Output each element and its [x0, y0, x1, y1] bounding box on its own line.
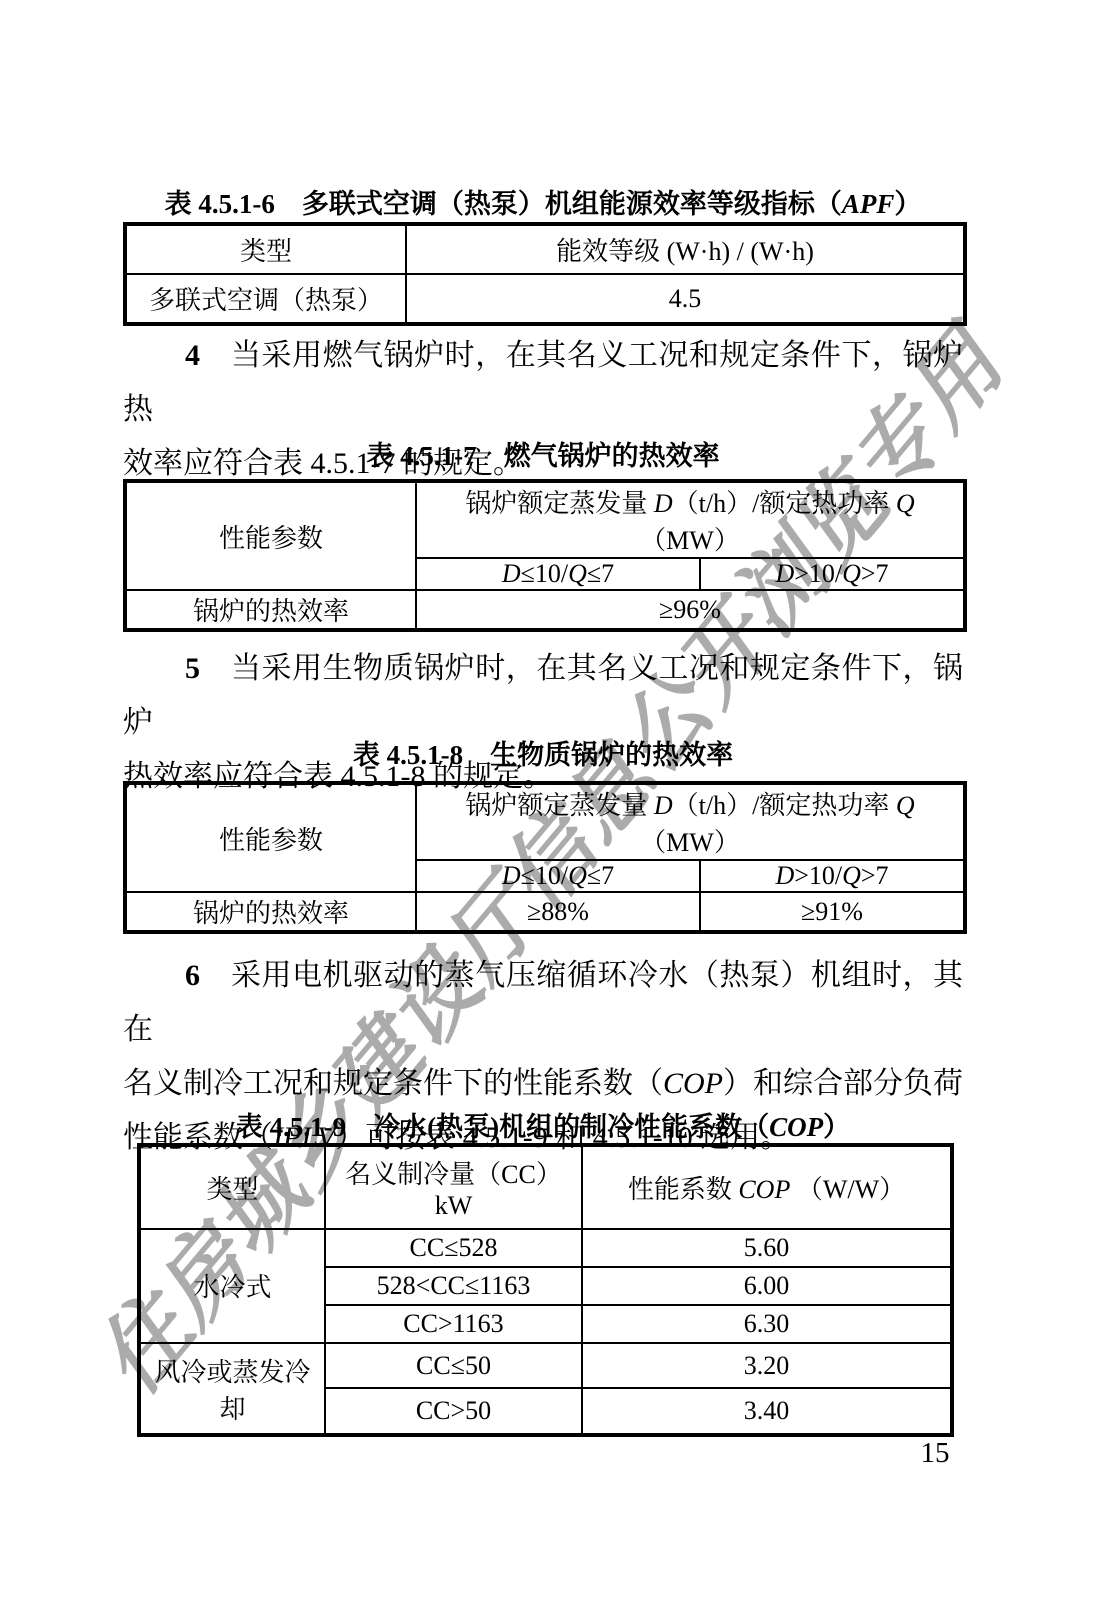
table-row: 类型 能效等级 (W·h) / (W·h)	[125, 224, 965, 274]
header-cell-parameter: 性能参数	[125, 481, 416, 590]
paragraph-line: 4 当采用燃气锅炉时，在其名义工况和规定条件下，锅炉热	[123, 329, 963, 437]
caption-table-4-5-1-6: 表 4.5.1-6 多联式空调（热泵）机组能源效率等级指标（APF）	[123, 186, 963, 222]
cell-cop-value: 6.30	[582, 1305, 952, 1343]
cell-efficiency-label: 锅炉的热效率	[125, 892, 416, 932]
paragraph-line: 6 采用电机驱动的蒸气压缩循环冷水（热泵）机组时，其在	[123, 949, 963, 1057]
cell-efficiency-high: ≥91%	[700, 892, 965, 932]
table-row: 锅炉的热效率 ≥96%	[125, 590, 965, 630]
caption-table-4-5-1-9: 表 4.5.1-9 冷水(热泵)机组的制冷性能系数（COP）	[123, 1109, 963, 1145]
cell-cop-value: 3.20	[582, 1343, 952, 1388]
cell-unit-type: 多联式空调（热泵）	[125, 274, 406, 324]
table-4-5-1-9: 类型 名义制冷量（CC）kW 性能系数 COP （W/W） 水冷式 CC≤528…	[137, 1143, 954, 1437]
paragraph-item-5: 5 当采用生物质锅炉时，在其名义工况和规定条件下，锅炉 热效率应符合表 4.5.…	[123, 642, 963, 804]
cell-water-cooled-label: 水冷式	[139, 1229, 325, 1344]
header-cell-capacity: 锅炉额定蒸发量 D（t/h）/额定热功率 Q（MW）	[416, 481, 965, 558]
page-number: 15	[895, 1437, 975, 1470]
cell-efficiency-label: 锅炉的热效率	[125, 590, 416, 630]
cell-apf-value: 4.5	[406, 274, 965, 324]
caption-table-4-5-1-7: 表 4.5.1-7 燃气锅炉的热效率	[123, 438, 963, 474]
cell-cop-value: 6.00	[582, 1267, 952, 1305]
header-cell-cop: 性能系数 COP （W/W）	[582, 1145, 952, 1229]
table-4-5-1-8: 性能参数 锅炉额定蒸发量 D（t/h）/额定热功率 Q（MW） D≤10/Q≤7…	[123, 781, 967, 934]
table-row: 类型 名义制冷量（CC）kW 性能系数 COP （W/W）	[139, 1145, 952, 1229]
cell-efficiency-low: ≥88%	[416, 892, 700, 932]
table-row: 性能参数 锅炉额定蒸发量 D（t/h）/额定热功率 Q（MW）	[125, 783, 965, 860]
table-row: 多联式空调（热泵） 4.5	[125, 274, 965, 324]
table-row: 风冷或蒸发冷却 CC≤50 3.20	[139, 1343, 952, 1388]
table-4-5-1-7: 性能参数 锅炉额定蒸发量 D（t/h）/额定热功率 Q（MW） D≤10/Q≤7…	[123, 479, 967, 632]
cell-condition-low: D≤10/Q≤7	[416, 860, 700, 892]
cell-capacity-range: CC≤50	[325, 1343, 582, 1388]
cell-condition-high: D>10/Q>7	[700, 558, 965, 590]
header-cell-type: 类型	[125, 224, 406, 274]
header-cell-parameter: 性能参数	[125, 783, 416, 892]
cell-efficiency-value: ≥96%	[416, 590, 965, 630]
table-4-5-1-6: 类型 能效等级 (W·h) / (W·h) 多联式空调（热泵） 4.5	[123, 222, 967, 326]
header-cell-type: 类型	[139, 1145, 325, 1229]
cell-capacity-range: CC≤528	[325, 1229, 582, 1267]
header-cell-capacity: 锅炉额定蒸发量 D（t/h）/额定热功率 Q（MW）	[416, 783, 965, 860]
table-row: 性能参数 锅炉额定蒸发量 D（t/h）/额定热功率 Q（MW）	[125, 481, 965, 558]
cell-condition-high: D>10/Q>7	[700, 860, 965, 892]
header-cell-capacity: 名义制冷量（CC）kW	[325, 1145, 582, 1229]
cell-cop-value: 5.60	[582, 1229, 952, 1267]
cell-cop-value: 3.40	[582, 1388, 952, 1435]
cell-capacity-range: CC>50	[325, 1388, 582, 1435]
table-row: 水冷式 CC≤528 5.60	[139, 1229, 952, 1267]
paragraph-line: 5 当采用生物质锅炉时，在其名义工况和规定条件下，锅炉	[123, 642, 963, 750]
document-page: 表 4.5.1-6 多联式空调（热泵）机组能源效率等级指标（APF） 类型 能效…	[0, 0, 1103, 1599]
cell-condition-low: D≤10/Q≤7	[416, 558, 700, 590]
cell-air-cooled-label: 风冷或蒸发冷却	[139, 1343, 325, 1435]
paragraph-line: 名义制冷工况和规定条件下的性能系数（COP）和综合部分负荷	[123, 1057, 963, 1111]
table-row: 锅炉的热效率 ≥88% ≥91%	[125, 892, 965, 932]
cell-capacity-range: CC>1163	[325, 1305, 582, 1343]
cell-capacity-range: 528<CC≤1163	[325, 1267, 582, 1305]
caption-table-4-5-1-8: 表 4.5.1-8 生物质锅炉的热效率	[123, 737, 963, 773]
header-cell-grade: 能效等级 (W·h) / (W·h)	[406, 224, 965, 274]
